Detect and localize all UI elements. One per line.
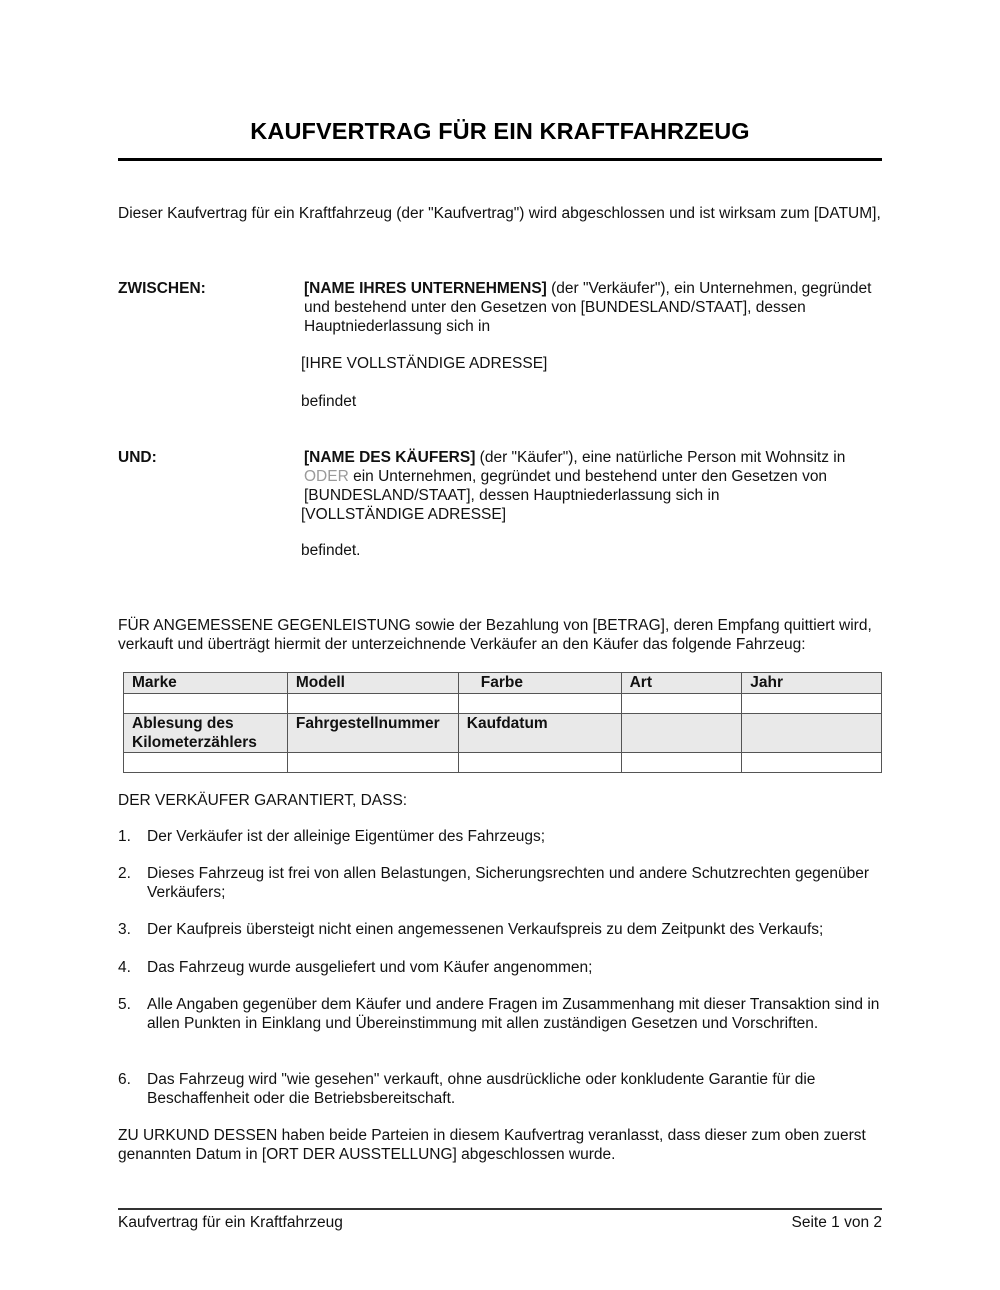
list-text: Das Fahrzeug wird "wie gesehen" verkauft… (147, 1070, 882, 1108)
value-cell-marke[interactable] (124, 694, 288, 714)
header-cell: Fahrgestellnummer (287, 714, 458, 753)
table-header-row: Ablesung des Kilometerzählers Fahrgestel… (124, 714, 882, 753)
value-cell-kaufdatum[interactable] (458, 753, 621, 773)
list-text: Alle Angaben gegenüber dem Käufer und an… (147, 995, 882, 1033)
header-cell: Ablesung des Kilometerzählers (124, 714, 288, 753)
header-cell: Marke (124, 673, 288, 694)
intro-paragraph: Dieser Kaufvertrag für ein Kraftfahrzeug… (118, 204, 882, 223)
header-cell: Modell (287, 673, 458, 694)
header-cell: Farbe (458, 673, 621, 694)
list-text: Der Verkäufer ist der alleinige Eigentüm… (147, 827, 882, 846)
buyer-description-3: [BUNDESLAND/STAAT], dessen Hauptniederla… (304, 487, 720, 504)
seller-closing: befindet (301, 392, 881, 411)
buyer-paragraph: [NAME DES KÄUFERS] (der "Käufer"), eine … (304, 448, 884, 505)
vehicle-table: Marke Modell Farbe Art Jahr Ablesung des… (123, 672, 882, 773)
list-number: 5. (118, 995, 131, 1014)
seller-label: ZWISCHEN: (118, 279, 206, 298)
footer-document-name: Kaufvertrag für ein Kraftfahrzeug (118, 1214, 343, 1232)
buyer-description-1: (der "Käufer"), eine natürliche Person m… (475, 449, 845, 466)
value-cell-farbe[interactable] (458, 694, 621, 714)
value-cell-fahrgestellnummer[interactable] (287, 753, 458, 773)
header-cell: Jahr (742, 673, 882, 694)
header-cell: Kaufdatum (458, 714, 621, 753)
table-header-row: Marke Modell Farbe Art Jahr (124, 673, 882, 694)
value-cell-art[interactable] (621, 694, 742, 714)
list-number: 4. (118, 958, 131, 977)
buyer-name: [NAME DES KÄUFERS] (304, 449, 475, 466)
footer-divider (118, 1208, 882, 1210)
header-cell: Art (621, 673, 742, 694)
table-row (124, 753, 882, 773)
seller-address: [IHRE VOLLSTÄNDIGE ADRESSE] (301, 354, 881, 373)
buyer-address: [VOLLSTÄNDIGE ADRESSE] (301, 505, 881, 524)
list-text: Der Kaufpreis übersteigt nicht einen ang… (147, 920, 882, 939)
seller-paragraph: [NAME IHRES UNTERNEHMENS] (der "Verkäufe… (304, 279, 884, 336)
value-cell-empty[interactable] (742, 753, 882, 773)
or-placeholder: ODER (304, 468, 349, 485)
value-cell-jahr[interactable] (742, 694, 882, 714)
witness-paragraph: ZU URKUND DESSEN haben beide Parteien in… (118, 1126, 882, 1164)
buyer-description-2: ein Unternehmen, gegründet und bestehend… (349, 468, 827, 485)
value-cell-modell[interactable] (287, 694, 458, 714)
consideration-paragraph: FÜR ANGEMESSENE GEGENLEISTUNG sowie der … (118, 616, 882, 654)
title-divider (118, 158, 882, 161)
list-text: Das Fahrzeug wurde ausgeliefert und vom … (147, 958, 882, 977)
list-number: 1. (118, 827, 131, 846)
list-number: 6. (118, 1070, 131, 1089)
list-text: Dieses Fahrzeug ist frei von allen Belas… (147, 864, 882, 902)
header-cell (742, 714, 882, 753)
warranty-heading: DER VERKÄUFER GARANTIERT, DASS: (118, 791, 882, 810)
seller-name: [NAME IHRES UNTERNEHMENS] (304, 280, 547, 297)
buyer-closing: befindet. (301, 541, 881, 560)
list-number: 3. (118, 920, 131, 939)
table-row (124, 694, 882, 714)
buyer-label: UND: (118, 448, 157, 467)
list-number: 2. (118, 864, 131, 883)
value-cell-kilometerstand[interactable] (124, 753, 288, 773)
document-title: KAUFVERTRAG FÜR EIN KRAFTFAHRZEUG (118, 118, 882, 145)
header-cell (621, 714, 742, 753)
page-number: Seite 1 von 2 (792, 1214, 882, 1232)
value-cell-empty[interactable] (621, 753, 742, 773)
